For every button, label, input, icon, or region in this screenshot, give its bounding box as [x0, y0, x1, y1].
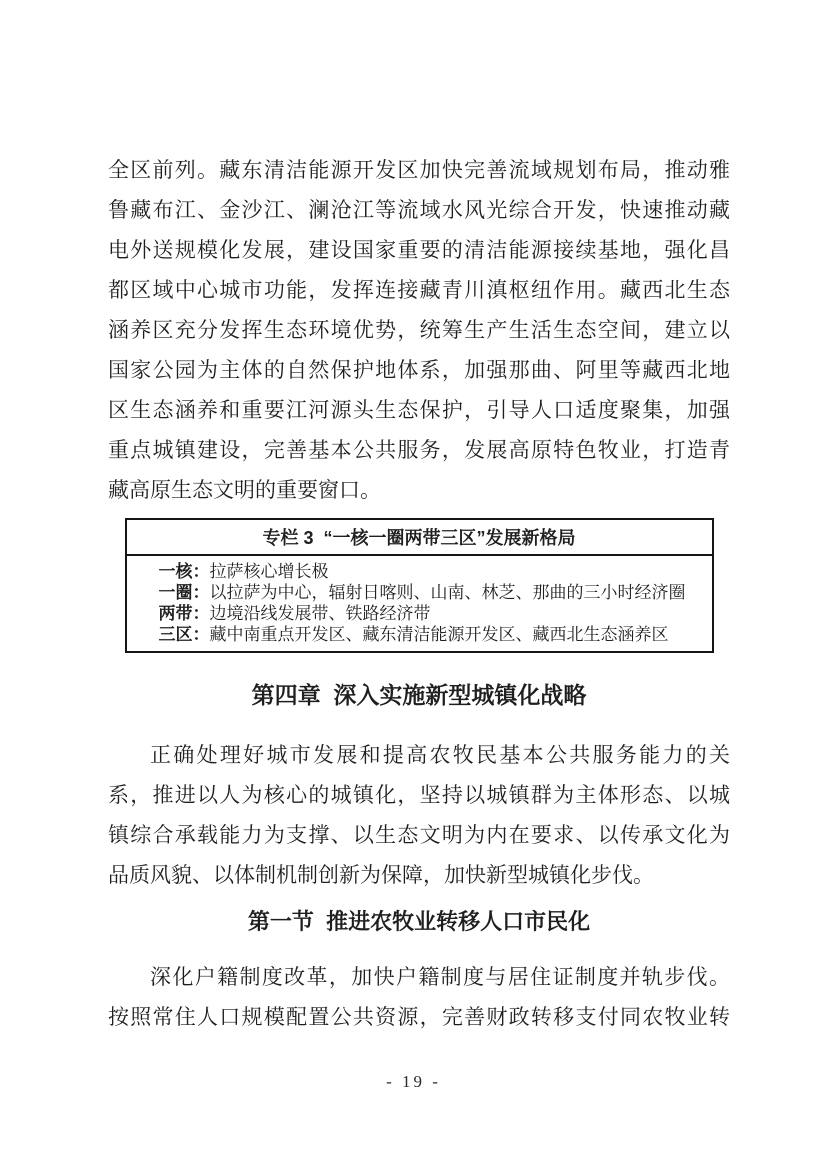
paragraph-line: 品质风貌、以体制机制创新为保障，加快新型城镇化步伐。: [108, 855, 730, 895]
page-content: 全区前列。藏东清洁能源开发区加快完善流域规划布局，推动雅 鲁藏布江、金沙江、澜沧…: [108, 150, 730, 1037]
chapter-heading: 第四章 深入实施新型城镇化战略: [108, 679, 730, 711]
column-box-row-text: 以拉萨为中心，辐射日喀则、山南、林芝、那曲的三小时经济圈: [210, 583, 686, 602]
paragraph-line: 正确处理好城市发展和提高农牧民基本公共服务能力的关: [108, 735, 730, 775]
column-box-row-circle: 一圈：以拉萨为中心，辐射日喀则、山南、林芝、那曲的三小时经济圈: [159, 582, 702, 603]
paragraph-line: 全区前列。藏东清洁能源开发区加快完善流域规划布局，推动雅: [108, 150, 730, 190]
column-box-row-label: 三区：: [159, 625, 210, 644]
column-box-row-text: 边境沿线发展带、铁路经济带: [210, 604, 431, 623]
paragraph-line: 按照常住人口规模配置公共资源，完善财政转移支付同农牧业转: [108, 997, 730, 1037]
document-page: 全区前列。藏东清洁能源开发区加快完善流域规划布局，推动雅 鲁藏布江、金沙江、澜沧…: [0, 0, 827, 1169]
column-box-row-core: 一核：拉萨核心增长极: [159, 561, 702, 582]
column-box-row-belts: 两带：边境沿线发展带、铁路经济带: [159, 603, 702, 624]
paragraph-line: 深化户籍制度改革，加快户籍制度与居住证制度并轨步伐。: [108, 957, 730, 997]
column-box-row-text: 藏中南重点开发区、藏东清洁能源开发区、藏西北生态涵养区: [210, 625, 669, 644]
paragraph-line: 鲁藏布江、金沙江、澜沧江等流域水风光综合开发，快速推动藏: [108, 190, 730, 230]
paragraph-line: 电外送规模化发展，建设国家重要的清洁能源接续基地，强化昌: [108, 230, 730, 270]
paragraph-regional-layout: 全区前列。藏东清洁能源开发区加快完善流域规划布局，推动雅 鲁藏布江、金沙江、澜沧…: [108, 150, 730, 510]
paragraph-line: 镇综合承载能力为支撑、以生态文明为内在要求、以传承文化为: [108, 815, 730, 855]
paragraph-urbanization: 正确处理好城市发展和提高农牧民基本公共服务能力的关 系，推进以人为核心的城镇化，…: [108, 735, 730, 895]
section-heading: 第一节 推进农牧业转移人口市民化: [108, 907, 730, 937]
paragraph-line: 区生态涵养和重要江河源头生态保护，引导人口适度聚集，加强: [108, 390, 730, 430]
paragraph-household-registration: 深化户籍制度改革，加快户籍制度与居住证制度并轨步伐。 按照常住人口规模配置公共资…: [108, 957, 730, 1037]
paragraph-line: 藏高原生态文明的重要窗口。: [108, 470, 730, 510]
column-box-3: 专栏 3 “一核一圈两带三区”发展新格局 一核：拉萨核心增长极 一圈：以拉萨为中…: [125, 518, 714, 653]
column-box-row-zones: 三区：藏中南重点开发区、藏东清洁能源开发区、藏西北生态涵养区: [159, 624, 702, 645]
paragraph-line: 重点城镇建设，完善基本公共服务，发展高原特色牧业，打造青: [108, 430, 730, 470]
paragraph-line: 国家公园为主体的自然保护地体系，加强那曲、阿里等藏西北地: [108, 350, 730, 390]
paragraph-line: 系，推进以人为核心的城镇化，坚持以城镇群为主体形态、以城: [108, 775, 730, 815]
column-box-rows: 一核：拉萨核心增长极 一圈：以拉萨为中心，辐射日喀则、山南、林芝、那曲的三小时经…: [127, 556, 712, 651]
column-box-row-text: 拉萨核心增长极: [210, 562, 329, 581]
paragraph-line: 都区域中心城市功能，发挥连接藏青川滇枢纽作用。藏西北生态: [108, 270, 730, 310]
column-box-row-label: 一核：: [159, 562, 210, 581]
page-number: - 19 -: [0, 1072, 827, 1092]
column-box-title: 专栏 3 “一核一圈两带三区”发展新格局: [127, 520, 712, 556]
column-box-row-label: 一圈：: [159, 583, 210, 602]
column-box-row-label: 两带：: [159, 604, 210, 623]
paragraph-line: 涵养区充分发挥生态环境优势，统筹生产生活生态空间，建立以: [108, 310, 730, 350]
